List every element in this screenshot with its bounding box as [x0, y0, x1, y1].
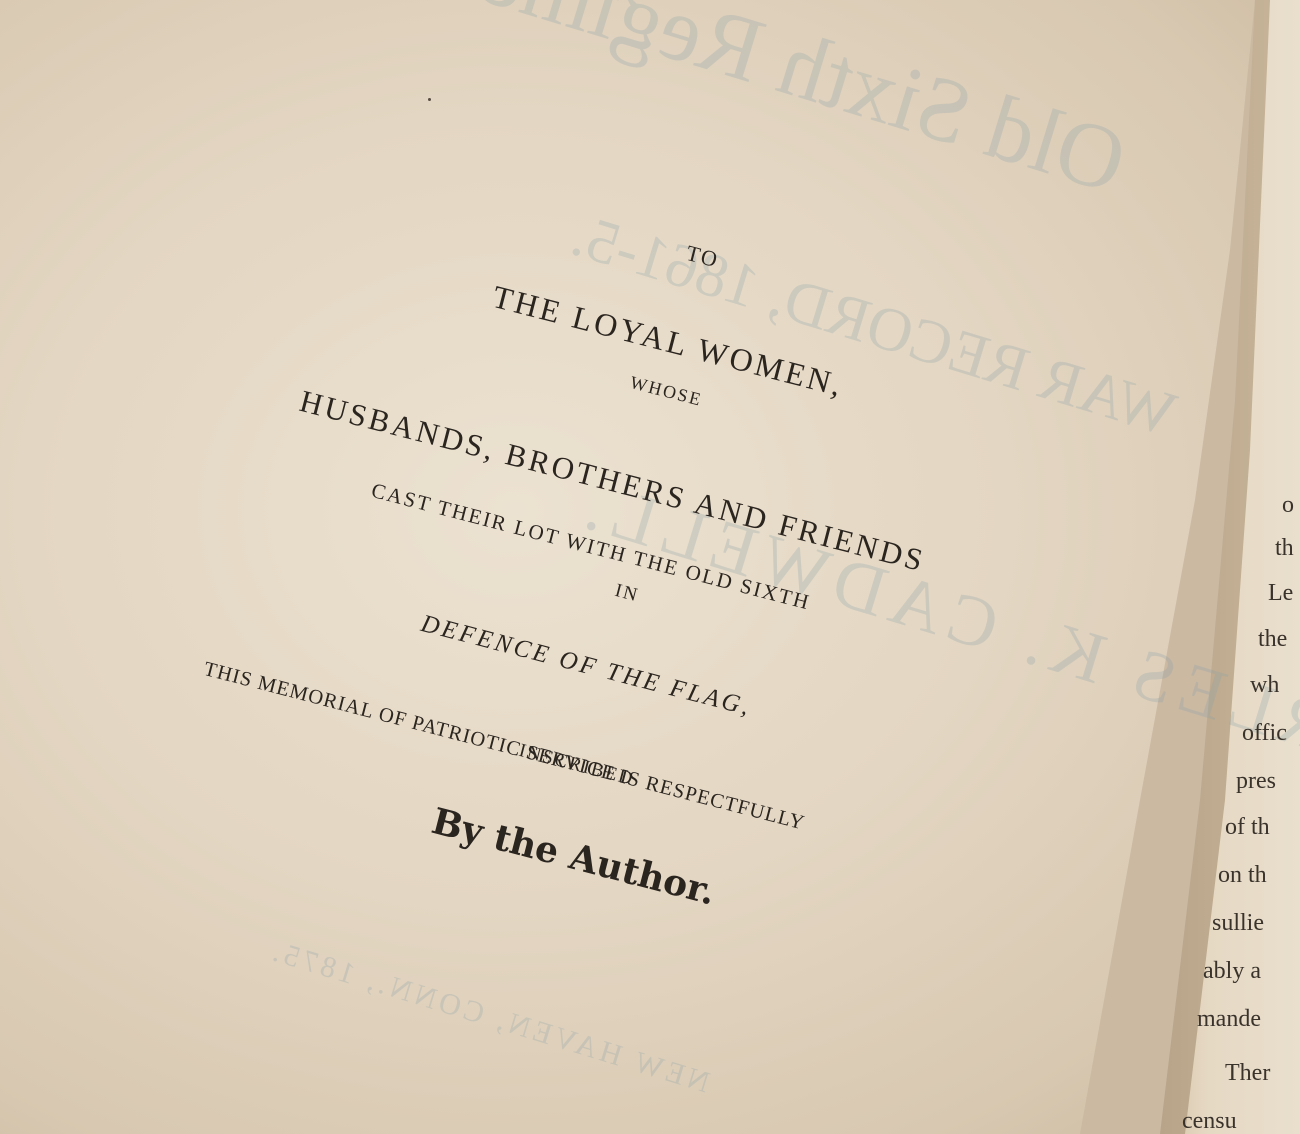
- right-page-line: censu: [1182, 1108, 1237, 1134]
- right-page-line: Ther: [1225, 1060, 1270, 1087]
- paper-speck: [428, 98, 431, 101]
- right-page-line: sullie: [1212, 910, 1264, 937]
- right-page-line: pres: [1236, 768, 1276, 795]
- right-page-line: on th: [1218, 862, 1267, 889]
- right-page-line: the: [1258, 626, 1287, 653]
- right-page-line: wh: [1250, 672, 1279, 699]
- right-page-line: of th: [1225, 814, 1270, 841]
- right-page-line: offic: [1242, 720, 1287, 747]
- right-page-line: o: [1282, 492, 1294, 519]
- right-page-line: th: [1275, 535, 1294, 562]
- right-page-line: Le: [1268, 580, 1293, 607]
- right-page-line: mande: [1197, 1006, 1261, 1033]
- right-page-line: ably a: [1203, 958, 1261, 985]
